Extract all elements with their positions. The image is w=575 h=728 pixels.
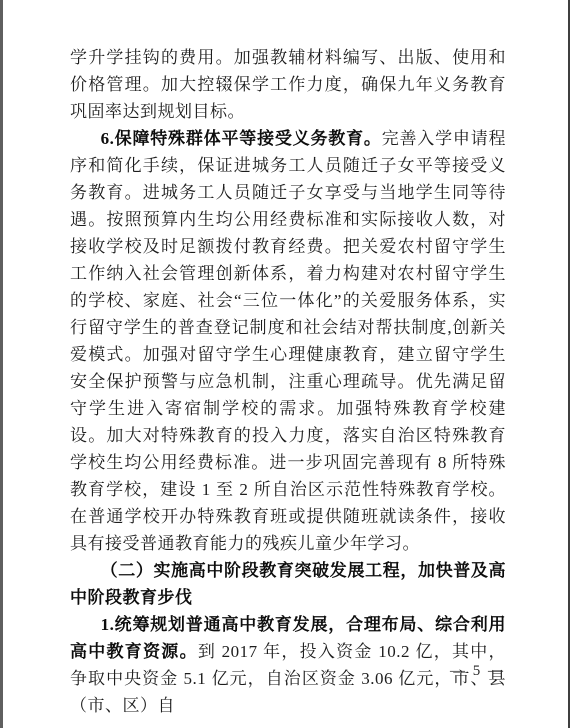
paragraph-text: 完善入学申请程序和简化手续，保证进城务工人员随迁子女平等接受义务教育。进城务工人… xyxy=(70,129,506,553)
scan-edge-left xyxy=(0,0,3,728)
paragraph-item-6: 6.保障特殊群体平等接受义务教育。完善入学申请程序和简化手续，保证进城务工人员随… xyxy=(70,125,506,557)
scan-edge-right xyxy=(568,0,570,728)
paragraph-item-1: 1.统筹规划普通高中教育发展，合理布局、综合利用高中教育资源。到 2017 年，… xyxy=(70,611,506,719)
section-heading: （二）实施高中阶段教育突破发展工程，加快普及高中阶段教育步伐 xyxy=(70,557,506,611)
page-number: — 5 — xyxy=(450,663,505,680)
document-page: 学升学挂钩的费用。加强教辅材料编写、出版、使用和价格管理。加大控辍保学工作力度，… xyxy=(70,44,506,719)
paragraph-continuation: 学升学挂钩的费用。加强教辅材料编写、出版、使用和价格管理。加大控辍保学工作力度，… xyxy=(70,44,506,125)
paragraph-lead-bold: 6.保障特殊群体平等接受义务教育。 xyxy=(101,129,382,148)
paragraph-text: 学升学挂钩的费用。加强教辅材料编写、出版、使用和价格管理。加大控辍保学工作力度，… xyxy=(70,48,506,121)
section-heading-text: （二）实施高中阶段教育突破发展工程，加快普及高中阶段教育步伐 xyxy=(70,561,506,607)
